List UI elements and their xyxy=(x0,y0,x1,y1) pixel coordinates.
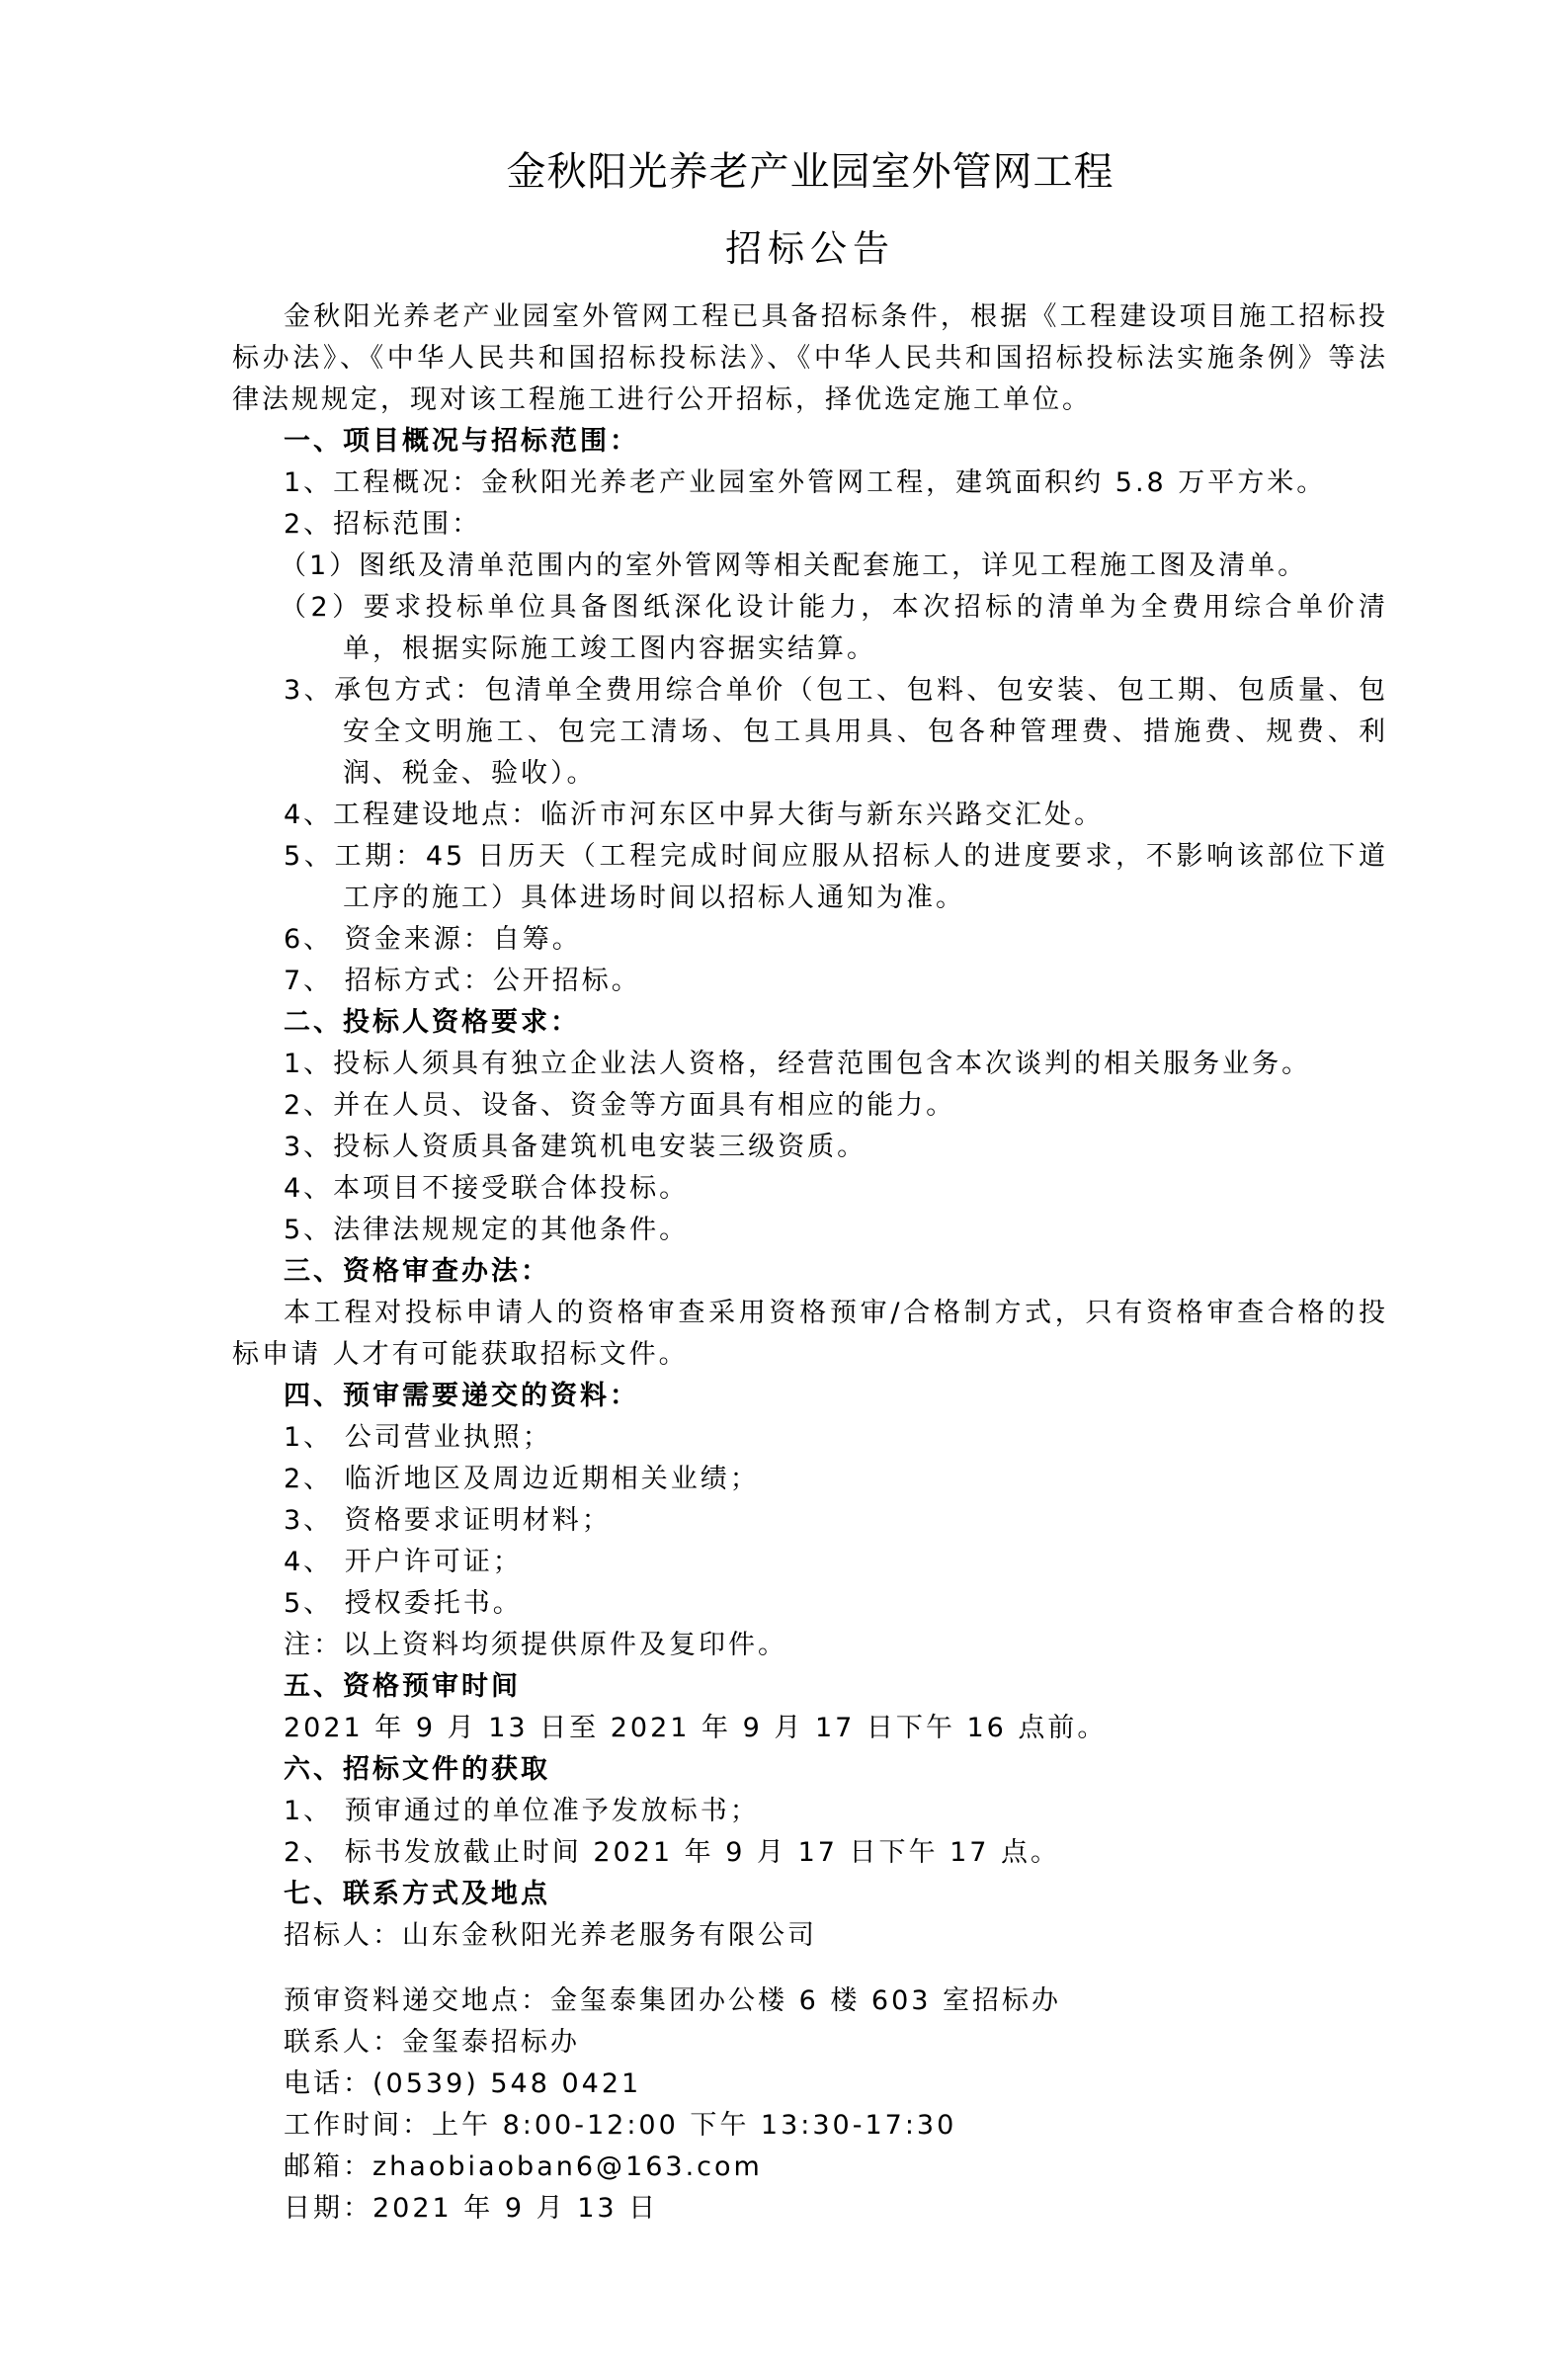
section-heading: 六、招标文件的获取 xyxy=(232,1749,1388,1791)
list-item: 2、招标范围： xyxy=(232,504,1388,546)
info-line: 预审资料递交地点：金玺泰集团办公楼 6 楼 603 室招标办 xyxy=(232,1980,1388,2022)
section-heading: 四、预审需要递交的资料： xyxy=(232,1376,1388,1417)
paragraph: 金秋阳光养老产业园室外管网工程已具备招标条件，根据《工程建设项目施工招标投标办法… xyxy=(232,296,1388,421)
list-item: 4、 开户许可证； xyxy=(232,1542,1388,1583)
section-heading: 二、投标人资格要求： xyxy=(232,1002,1388,1044)
list-item: 1、 预审通过的单位准予发放标书； xyxy=(232,1791,1388,1832)
list-item: （1）图纸及清单范围内的室外管网等相关配套施工，详见工程施工图及清单。 xyxy=(232,546,1388,587)
list-item: 6、 资金来源：自筹。 xyxy=(232,919,1388,961)
list-item: 4、本项目不接受联合体投标。 xyxy=(232,1168,1388,1210)
info-line: 联系人：金玺泰招标办 xyxy=(232,2022,1388,2064)
info-line: 日期：2021 年 9 月 13 日 xyxy=(232,2188,1388,2230)
list-item: 2、并在人员、设备、资金等方面具有相应的能力。 xyxy=(232,1085,1388,1127)
list-item: 3、承包方式：包清单全费用综合单价（包工、包料、包安装、包工期、包质量、包安全文… xyxy=(232,670,1388,795)
document-title: 金秋阳光养老产业园室外管网工程 xyxy=(232,0,1388,196)
section-heading: 七、联系方式及地点 xyxy=(232,1874,1388,1915)
list-item: 2、 临沂地区及周边近期相关业绩； xyxy=(232,1459,1388,1500)
document-body: 金秋阳光养老产业园室外管网工程已具备招标条件，根据《工程建设项目施工招标投标办法… xyxy=(232,296,1388,2230)
document-page: { "page": { "title": "金秋阳光养老产业园室外管网工程", … xyxy=(0,0,1568,2359)
list-item: （2）要求投标单位具备图纸深化设计能力，本次招标的清单为全费用综合单价清单，根据… xyxy=(232,587,1388,670)
list-item: 1、工程概况：金秋阳光养老产业园室外管网工程，建筑面积约 5.8 万平方米。 xyxy=(232,463,1388,504)
paragraph: 本工程对投标申请人的资格审查采用资格预审/合格制方式，只有资格审查合格的投标申请… xyxy=(232,1293,1388,1376)
document-content: 金秋阳光养老产业园室外管网工程 招标公告 金秋阳光养老产业园室外管网工程已具备招… xyxy=(232,0,1388,2230)
list-item: 5、 授权委托书。 xyxy=(232,1583,1388,1625)
info-line: 2021 年 9 月 13 日至 2021 年 9 月 17 日下午 16 点前… xyxy=(232,1708,1388,1749)
list-item: 3、 资格要求证明材料； xyxy=(232,1500,1388,1542)
list-item: 3、投标人资质具备建筑机电安装三级资质。 xyxy=(232,1127,1388,1168)
list-item: 5、法律法规规定的其他条件。 xyxy=(232,1210,1388,1251)
list-item: 2、 标书发放截止时间 2021 年 9 月 17 日下午 17 点。 xyxy=(232,1832,1388,1874)
info-line: 工作时间：上午 8:00-12:00 下午 13:30-17:30 xyxy=(232,2105,1388,2147)
list-item: 注：以上资料均须提供原件及复印件。 xyxy=(232,1625,1388,1666)
info-line: 邮箱：zhaobiaoban6@163.com xyxy=(232,2147,1388,2188)
list-item: 4、工程建设地点：临沂市河东区中昇大街与新东兴路交汇处。 xyxy=(232,795,1388,836)
section-heading: 三、资格审查办法： xyxy=(232,1251,1388,1293)
section-heading: 五、资格预审时间 xyxy=(232,1666,1388,1708)
info-line: 电话：(0539) 548 0421 xyxy=(232,2064,1388,2105)
list-item: 1、投标人须具有独立企业法人资格，经营范围包含本次谈判的相关服务业务。 xyxy=(232,1044,1388,1085)
list-item: 1、 公司营业执照； xyxy=(232,1417,1388,1459)
section-heading: 一、项目概况与招标范围： xyxy=(232,421,1388,463)
list-item: 7、 招标方式：公开招标。 xyxy=(232,961,1388,1002)
list-item: 5、工期：45 日历天（工程完成时间应服从招标人的进度要求，不影响该部位下道工序… xyxy=(232,836,1388,919)
info-line: 招标人：山东金秋阳光养老服务有限公司 xyxy=(232,1915,1388,1957)
document-subtitle: 招标公告 xyxy=(232,227,1388,271)
